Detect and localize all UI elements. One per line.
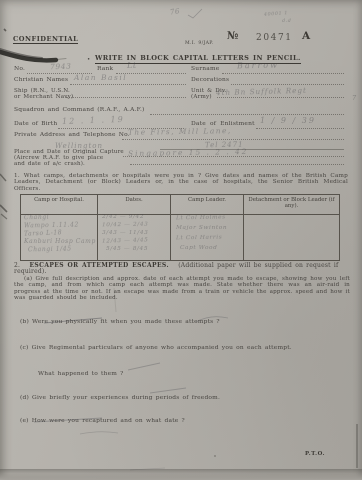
table-entry-camp: Tarso L-18 — [24, 229, 62, 237]
pencil-annotation: 76 — [169, 7, 180, 16]
field-value-christian-names: Alan Basil — [74, 73, 127, 82]
table-cell — [244, 214, 339, 260]
pencil-curve — [80, 432, 118, 434]
field-value-no: 7943 — [50, 62, 72, 72]
field-value-dob: 12 . 1 . 19 — [62, 115, 125, 126]
dark-smudge-tip — [52, 59, 66, 61]
table-entry-leader: Lt Col Harris — [176, 235, 222, 242]
pencil-annotation: 40001 1 — [264, 11, 288, 18]
pencil-checkmark — [188, 9, 202, 18]
question-2a-text: (a) Give full description and approx. da… — [14, 276, 350, 302]
pencil-stroke — [150, 388, 186, 393]
column-header-leader: Camp Leader. — [171, 195, 244, 214]
field-line — [122, 138, 344, 140]
field-label-capture-3: and date of a/c crash). — [14, 162, 85, 168]
field-line — [256, 127, 344, 129]
field-value-surname: Barrow — [237, 61, 279, 71]
field-line — [222, 72, 344, 74]
table-entry-camp: Changi — [24, 214, 49, 222]
table-entry-camp: Kanburi Hosp Camp — [24, 238, 96, 245]
pencil-annotation: d.d — [282, 19, 291, 24]
field-label-unit-2: (Army) — [191, 94, 212, 100]
field-line — [231, 83, 344, 85]
pto-label: P.T.O. — [305, 451, 325, 457]
question-2c-text: (c) Give Regimental particulars of anyon… — [20, 345, 292, 351]
field-line — [70, 83, 186, 85]
question-2e-text: (e) How were you recaptured and on what … — [20, 418, 185, 424]
form-reference: M.I. 9/JAP. — [185, 41, 213, 47]
field-label-address: Private Address and Telephone No. — [14, 132, 130, 138]
question-2c2-text: What happened to them ? — [38, 371, 124, 377]
field-label-squadron: Squadron and Command (R.A.F., A.A.F.) — [14, 107, 145, 113]
dark-smudge-stroke — [0, 49, 42, 58]
table-entry-leader: Capt Wood — [180, 245, 217, 251]
field-line — [66, 96, 186, 98]
field-value-address-1: The Firs, Mill Lane, — [128, 126, 232, 137]
field-label-dob: Date of Birth — [14, 121, 57, 127]
field-line — [150, 113, 344, 115]
edge-mark — [1, 214, 7, 219]
scanned-form-page: CONFIDENTIAL M.I. 9/JAP. № 20471 A • WRI… — [0, 0, 362, 480]
field-label-rank: Rank — [97, 66, 113, 72]
field-value-rank: Lt — [127, 61, 137, 70]
table-entry-dates: 12/43 — 4/45 — [102, 237, 149, 244]
table-entry-leader: Major Swinton — [176, 225, 227, 231]
edge-mark — [0, 205, 7, 212]
field-value-enlistment: 1 / 9 / 39 — [260, 116, 316, 125]
confidential-stamp: CONFIDENTIAL — [13, 36, 78, 44]
series-letter: A — [302, 33, 310, 39]
table-entry-dates: 10/42 — 2/43 — [102, 222, 149, 229]
pencil-stroke — [128, 363, 160, 370]
field-label-christian-names: Christian Names — [14, 77, 68, 83]
dark-smudge-stroke — [0, 52, 56, 60]
column-header-detachment: Detachment or Block Leader (if any). — [244, 195, 339, 214]
table-entry-dates: 5/45 — 8/45 — [106, 246, 148, 252]
bullet: • — [87, 57, 90, 63]
field-label-surname: Surname — [191, 66, 219, 72]
column-header-camp: Camp or Hospital. — [21, 195, 98, 214]
section-2-heading: 2. ESCAPES OR ATTEMPTED ESCAPES. (Additi… — [14, 263, 362, 275]
field-label-decorations: Decorations — [191, 77, 229, 83]
ink-dot — [4, 29, 6, 31]
number-symbol: № — [227, 33, 239, 39]
serial-number: 20471 — [256, 35, 293, 41]
ink-dot — [214, 455, 216, 457]
table-entry-dates: 3/43 — 11/43 — [102, 230, 148, 236]
question-2d-text: (d) Give briefly your experiences during… — [20, 395, 220, 401]
section-2-title: ESCAPES OR ATTEMPTED ESCAPES. — [29, 262, 168, 269]
edge-mark — [0, 174, 6, 181]
field-label-ship-2: or Merchant Navy) — [14, 94, 73, 100]
question-1-text: 1. What camps, detachments or hospitals … — [14, 173, 348, 192]
table-entry-leader: Lt Col Holmes — [176, 215, 226, 222]
table-entry-camp: Changi 1/45 — [28, 246, 72, 254]
field-label-no: No. — [14, 66, 25, 72]
question-2b-text: (b) Were you physically fit when you mad… — [20, 319, 220, 325]
field-line — [130, 163, 344, 165]
table-entry-camp: Wampo 1.11.42 — [24, 222, 79, 230]
column-header-dates: Dates. — [98, 195, 171, 214]
table-entry-dates: 2/42 — 9/42 — [102, 214, 144, 220]
bottom-paper-shadow — [0, 469, 362, 480]
margin-pencil-mark: 7 — [352, 94, 357, 102]
